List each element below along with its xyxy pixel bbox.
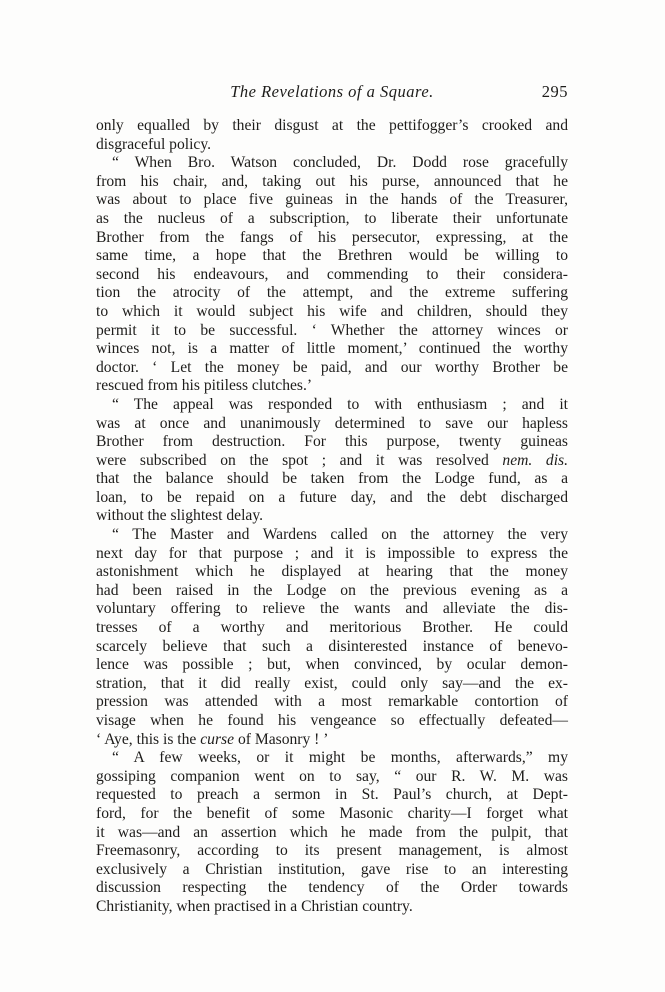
paragraph: “ The appeal was responded to with enthu… <box>96 396 568 526</box>
running-head: The Revelations of a Square. 295 <box>96 82 568 102</box>
text-line: same time, a hope that the Brethren woul… <box>96 247 568 266</box>
running-head-title: The Revelations of a Square. <box>96 82 568 102</box>
text-line: ‘ Aye, this is the curse of Masonry ! ’ <box>96 731 568 750</box>
text-line: next day for that purpose ; and it is im… <box>96 545 568 564</box>
text-line: loan, to be repaid on a future day, and … <box>96 489 568 508</box>
body-text: only equalled by their disgust at the pe… <box>96 117 568 917</box>
text-line: without the slightest delay. <box>96 507 568 526</box>
text-line: Freemasonry, according to its present ma… <box>96 842 568 861</box>
text-line: from his chair, and, taking out his purs… <box>96 173 568 192</box>
book-page: The Revelations of a Square. 295 only eq… <box>0 0 665 992</box>
text-line: disgraceful policy. <box>96 136 568 155</box>
text-line: was at once and unanimously determined t… <box>96 415 568 434</box>
text-line: scarcely believe that such a disinterest… <box>96 638 568 657</box>
text-line: “ The Master and Wardens called on the a… <box>96 526 568 545</box>
text-line: permit it to be successful. ‘ Whether th… <box>96 322 568 341</box>
text-line: lence was possible ; but, when convinced… <box>96 656 568 675</box>
text-line: as the nucleus of a subscription, to lib… <box>96 210 568 229</box>
text-line: pression was attended with a most remark… <box>96 693 568 712</box>
text-line: visage when he found his vengeance so ef… <box>96 712 568 731</box>
text-line: Christianity, when practised in a Christ… <box>96 898 568 917</box>
text-line: astonishment which he displayed at heari… <box>96 563 568 582</box>
text-line: “ A few weeks, or it might be months, af… <box>96 749 568 768</box>
text-line: tion the atrocity of the attempt, and th… <box>96 284 568 303</box>
text-line: gossiping companion went on to say, “ ou… <box>96 768 568 787</box>
text-line: Brother from destruction. For this purpo… <box>96 433 568 452</box>
text-line: exclusively a Christian institution, gav… <box>96 861 568 880</box>
page-content: The Revelations of a Square. 295 only eq… <box>96 82 568 917</box>
text-line: “ When Bro. Watson concluded, Dr. Dodd r… <box>96 154 568 173</box>
text-line: only equalled by their disgust at the pe… <box>96 117 568 136</box>
text-line: to which it would subject his wife and c… <box>96 303 568 322</box>
paragraph: “ The Master and Wardens called on the a… <box>96 526 568 749</box>
text-line: ford, for the benefit of some Masonic ch… <box>96 805 568 824</box>
text-line: was about to place five guineas in the h… <box>96 191 568 210</box>
text-line: had been raised in the Lodge on the prev… <box>96 582 568 601</box>
text-line: “ The appeal was responded to with enthu… <box>96 396 568 415</box>
text-line: were subscribed on the spot ; and it was… <box>96 452 568 471</box>
text-line: it was—and an assertion which he made fr… <box>96 824 568 843</box>
text-line: that the balance should be taken from th… <box>96 470 568 489</box>
text-line: requested to preach a sermon in St. Paul… <box>96 786 568 805</box>
text-line: doctor. ‘ Let the money be paid, and our… <box>96 359 568 378</box>
text-line: Brother from the fangs of his persecutor… <box>96 229 568 248</box>
text-line: voluntary offering to relieve the wants … <box>96 600 568 619</box>
text-line: discussion respecting the tendency of th… <box>96 879 568 898</box>
text-line: tresses of a worthy and meritorious Brot… <box>96 619 568 638</box>
text-line: winces not, is a matter of little moment… <box>96 340 568 359</box>
paragraph: “ When Bro. Watson concluded, Dr. Dodd r… <box>96 154 568 396</box>
text-line: rescued from his pitiless clutches.’ <box>96 377 568 396</box>
text-line: second his endeavours, and commending to… <box>96 266 568 285</box>
paragraph: only equalled by their disgust at the pe… <box>96 117 568 154</box>
text-line: stration, that it did really exist, coul… <box>96 675 568 694</box>
paragraph: “ A few weeks, or it might be months, af… <box>96 749 568 916</box>
page-number: 295 <box>542 82 568 102</box>
